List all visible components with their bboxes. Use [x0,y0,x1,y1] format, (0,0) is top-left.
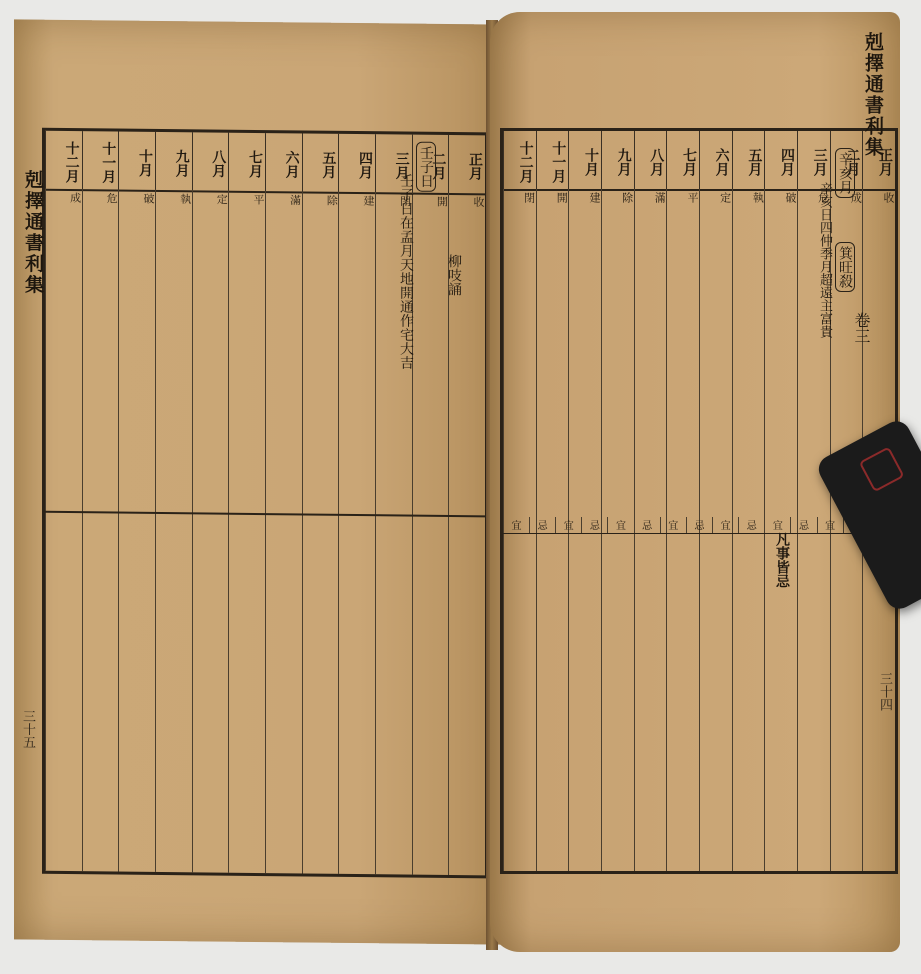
left-page: 正月二月三月四月五月六月七月八月九月十月十一月十二月 收開閉建除滿平定執破危成 … [14,19,504,944]
yiji-label: 忌 [529,517,555,533]
left-page-number: 三十五 [18,709,37,748]
col-cell: 執 [155,190,192,872]
month-cell: 四月 [764,131,797,189]
col-cell: 除 [302,191,339,873]
yiji-label: 忌 [634,517,660,533]
col-cell: 成 [45,189,82,871]
col-cell: 滿 [265,191,302,873]
open-book: 正月二月三月四月五月六月七月八月九月十月十一月十二月 收開閉建除滿平定執破危成 … [0,0,921,974]
right-day-text: 辛亥日四仲季月超遠主富貴 [815,182,834,338]
col-cell: 平 [228,191,265,873]
yiji-label: 宜 [607,517,633,533]
col-cell: 開 [412,193,449,875]
month-cell: 五月 [732,131,765,189]
month-cell: 八月 [634,131,667,189]
yiji-label: 宜 [660,517,686,533]
yiji-label: 宜 [712,517,738,533]
left-day-box: 壬子日 [416,142,436,192]
col-cell: 建 [338,192,375,874]
right-day-box: 辛亥月 [835,148,855,198]
yiji-label: 忌 [581,517,607,533]
month-cell: 九月 [601,131,634,189]
month-cell: 五月 [302,133,339,191]
left-columns: 收開閉建除滿平定執破危成 [45,189,485,876]
col-cell: 危 [82,189,119,871]
col-cell: 定 [192,190,229,872]
yiji-label: 宜 [555,517,581,533]
month-cell: 九月 [155,132,192,190]
month-cell: 十一月 [82,131,119,189]
clip-logo-icon [859,446,905,492]
yiji-label: 宜 [503,517,529,533]
month-cell: 十月 [568,131,601,189]
right-book-title: 剋擇通書利集 [860,32,887,158]
left-day-name: 壬子日 [416,142,436,192]
month-cell: 十二月 [503,131,536,189]
right-page-number: 三十四 [875,672,894,711]
general-note: 凡事皆忌 [772,532,792,588]
right-star-box: 箕旺殺 [835,242,855,292]
col-cell: 破 [118,190,155,872]
yiji-label: 忌 [738,517,764,533]
left-star-box: 柳吱誦 [444,254,464,296]
month-cell: 十一月 [536,131,569,189]
month-cell: 七月 [228,133,265,191]
month-cell: 八月 [192,132,229,190]
yiji-label: 宜 [817,517,843,533]
right-volume: 卷三 [850,312,873,344]
yiji-label: 宜 [764,517,790,533]
right-yiji-row: 宜忌宜忌宜忌宜忌宜忌宜忌宜忌宜 [503,517,895,534]
yiji-label: 忌 [686,517,712,533]
month-cell: 六月 [265,133,302,191]
month-cell: 三月 [797,131,830,189]
left-book-title: 剋擇通書利集 [20,169,47,295]
month-cell: 七月 [666,131,699,189]
yiji-label: 忌 [790,517,816,533]
month-cell: 正月 [448,135,485,193]
month-cell: 十二月 [45,131,82,189]
month-cell: 十月 [118,132,155,190]
left-page-frame: 正月二月三月四月五月六月七月八月九月十月十一月十二月 收開閉建除滿平定執破危成 [42,128,488,879]
left-day-text: 壬子日在孟月天地開通作宅大吉 [396,173,416,369]
month-cell: 四月 [338,134,375,192]
month-cell: 六月 [699,131,732,189]
